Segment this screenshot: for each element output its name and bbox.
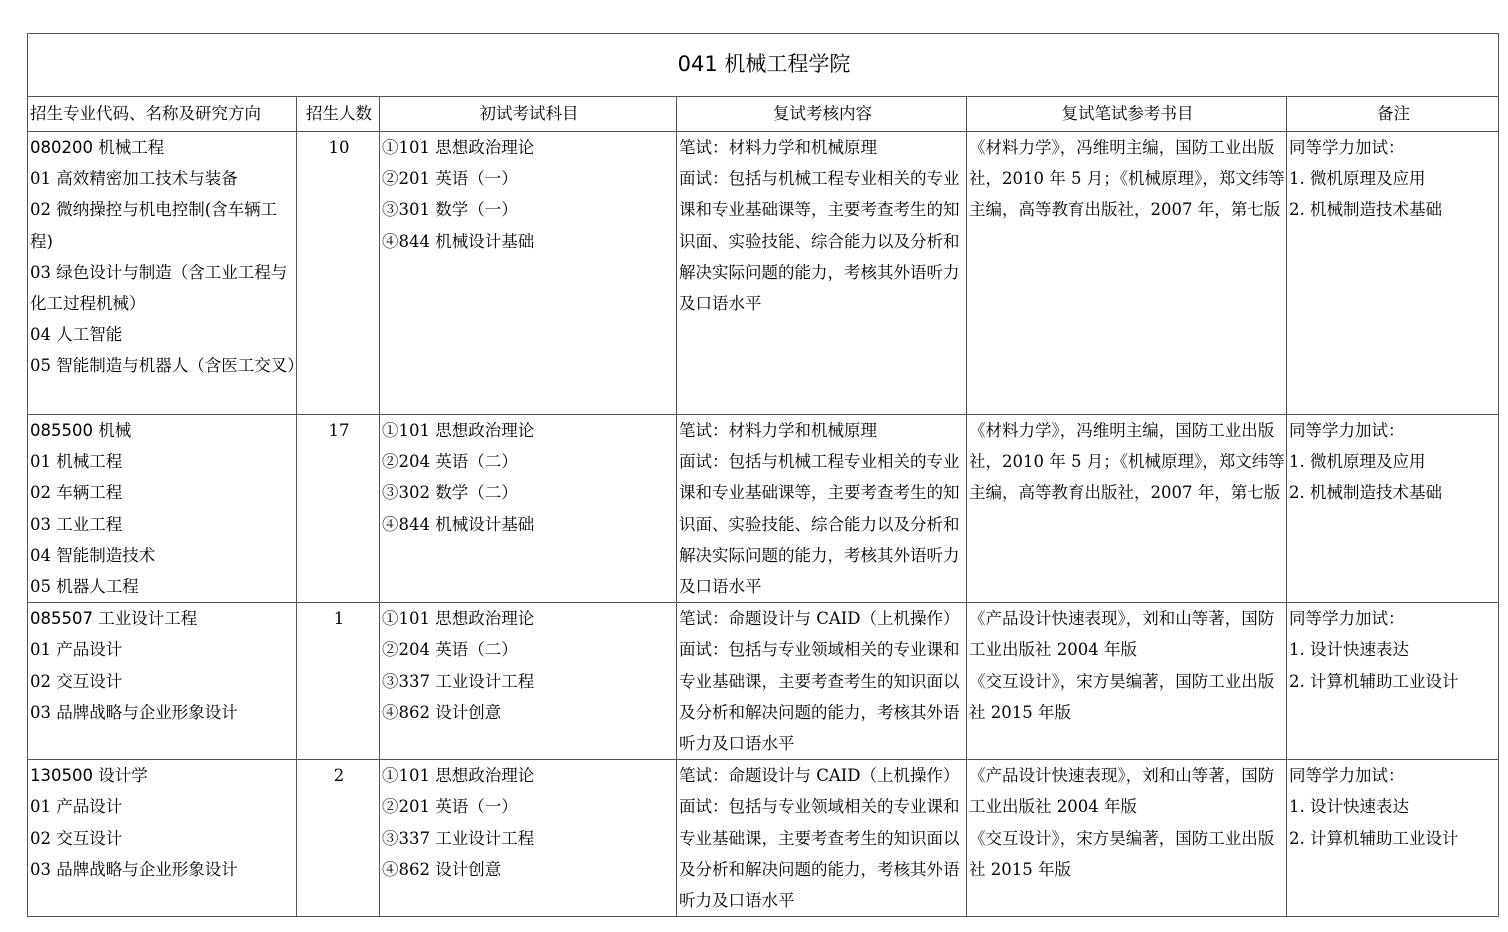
- major-name: 080200 机械工程: [30, 132, 296, 163]
- books-cell: 《材料力学》，冯维明主编，国防工业出版社，2010 年 5 月；《机械原理》，郑…: [967, 415, 1287, 603]
- note-line: 2. 计算机辅助工业设计: [1289, 823, 1498, 854]
- note-line: 同等学力加试：: [1289, 132, 1498, 163]
- direction: 01 产品设计: [30, 634, 296, 665]
- note-line: 2. 机械制造技术基础: [1289, 477, 1498, 508]
- major-cell: 080200 机械工程 01 高效精密加工技术与装备 02 微纳操控与机电控制(…: [28, 132, 297, 415]
- notes-cell: 同等学力加试： 1. 设计快速表达 2. 计算机辅助工业设计: [1287, 603, 1499, 760]
- exam-subject: ④862 设计创意: [382, 854, 676, 885]
- direction: 03 品牌战略与企业形象设计: [30, 697, 296, 728]
- exam-subject: ④844 机械设计基础: [382, 226, 676, 257]
- title-row: 041 机械工程学院: [28, 34, 1499, 97]
- reference-books: 《材料力学》，冯维明主编，国防工业出版社，2010 年 5 月；《机械原理》，郑…: [969, 132, 1286, 226]
- direction: 03 品牌战略与企业形象设计: [30, 854, 296, 885]
- retest-cell: 笔试：命题设计与 CAID（上机操作） 面试：包括与专业领域相关的专业课和专业基…: [677, 760, 967, 917]
- header-major: 招生专业代码、名称及研究方向: [28, 97, 297, 132]
- count-cell: 10: [297, 132, 380, 415]
- retest-written: 笔试：命题设计与 CAID（上机操作）: [679, 603, 966, 634]
- direction: 02 交互设计: [30, 666, 296, 697]
- direction: 01 产品设计: [30, 791, 296, 822]
- direction: 03 工业工程: [30, 509, 296, 540]
- exam-subject: ③301 数学（一）: [382, 194, 676, 225]
- header-row: 招生专业代码、名称及研究方向 招生人数 初试考试科目 复试考核内容 复试笔试参考…: [28, 97, 1499, 132]
- direction: 01 机械工程: [30, 446, 296, 477]
- major-cell: 130500 设计学 01 产品设计 02 交互设计 03 品牌战略与企业形象设…: [28, 760, 297, 917]
- direction: 05 机器人工程: [30, 571, 296, 602]
- note-line: 同等学力加试：: [1289, 760, 1498, 791]
- count-cell: 1: [297, 603, 380, 760]
- exam-subject: ①101 思想政治理论: [382, 760, 676, 791]
- page-title: 041 机械工程学院: [28, 34, 1499, 97]
- count-cell: 17: [297, 415, 380, 603]
- header-books: 复试笔试参考书目: [967, 97, 1287, 132]
- direction: 02 微纳操控与机电控制(含车辆工程): [30, 194, 296, 256]
- retest-interview: 面试：包括与机械工程专业相关的专业课和专业基础课等，主要考查考生的知识面、实验技…: [679, 446, 966, 602]
- retest-written: 笔试：材料力学和机械原理: [679, 132, 966, 163]
- exam-subject: ④844 机械设计基础: [382, 509, 676, 540]
- header-exams: 初试考试科目: [380, 97, 677, 132]
- retest-cell: 笔试：命题设计与 CAID（上机操作） 面试：包括与专业领域相关的专业课和专业基…: [677, 603, 967, 760]
- exam-subject: ③337 工业设计工程: [382, 666, 676, 697]
- table-row: 085500 机械 01 机械工程 02 车辆工程 03 工业工程 04 智能制…: [28, 415, 1499, 603]
- direction: 04 人工智能: [30, 319, 296, 350]
- table-row: 130500 设计学 01 产品设计 02 交互设计 03 品牌战略与企业形象设…: [28, 760, 1499, 917]
- exam-subject: ②201 英语（一）: [382, 163, 676, 194]
- major-cell: 085500 机械 01 机械工程 02 车辆工程 03 工业工程 04 智能制…: [28, 415, 297, 603]
- books-cell: 《材料力学》，冯维明主编，国防工业出版社，2010 年 5 月；《机械原理》，郑…: [967, 132, 1287, 415]
- table-row: 080200 机械工程 01 高效精密加工技术与装备 02 微纳操控与机电控制(…: [28, 132, 1499, 415]
- table-row: 085507 工业设计工程 01 产品设计 02 交互设计 03 品牌战略与企业…: [28, 603, 1499, 760]
- reference-book: 《产品设计快速表现》，刘和山等著，国防工业出版社 2004 年版: [969, 603, 1286, 665]
- retest-interview: 面试：包括与机械工程专业相关的专业课和专业基础课等，主要考查考生的知识面、实验技…: [679, 163, 966, 319]
- major-name: 085500 机械: [30, 415, 296, 446]
- note-line: 1. 设计快速表达: [1289, 791, 1498, 822]
- exams-cell: ①101 思想政治理论 ②204 英语（二） ③302 数学（二） ④844 机…: [380, 415, 677, 603]
- books-cell: 《产品设计快速表现》，刘和山等著，国防工业出版社 2004 年版 《交互设计》，…: [967, 603, 1287, 760]
- note-line: 1. 微机原理及应用: [1289, 163, 1498, 194]
- direction: 03 绿色设计与制造（含工业工程与化工过程机械）: [30, 257, 296, 319]
- retest-written: 笔试：命题设计与 CAID（上机操作）: [679, 760, 966, 791]
- count-cell: 2: [297, 760, 380, 917]
- direction: 02 车辆工程: [30, 477, 296, 508]
- notes-cell: 同等学力加试： 1. 微机原理及应用 2. 机械制造技术基础: [1287, 132, 1499, 415]
- header-notes: 备注: [1287, 97, 1499, 132]
- retest-cell: 笔试：材料力学和机械原理 面试：包括与机械工程专业相关的专业课和专业基础课等，主…: [677, 415, 967, 603]
- note-line: 2. 机械制造技术基础: [1289, 194, 1498, 225]
- header-count: 招生人数: [297, 97, 380, 132]
- exam-subject: ③337 工业设计工程: [382, 823, 676, 854]
- exam-subject: ②204 英语（二）: [382, 446, 676, 477]
- major-cell: 085507 工业设计工程 01 产品设计 02 交互设计 03 品牌战略与企业…: [28, 603, 297, 760]
- retest-interview: 面试：包括与专业领域相关的专业课和专业基础课，主要考查考生的知识面以及分析和解决…: [679, 634, 966, 759]
- retest-written: 笔试：材料力学和机械原理: [679, 415, 966, 446]
- exam-subject: ①101 思想政治理论: [382, 415, 676, 446]
- notes-cell: 同等学力加试： 1. 微机原理及应用 2. 机械制造技术基础: [1287, 415, 1499, 603]
- header-retest: 复试考核内容: [677, 97, 967, 132]
- reference-books: 《材料力学》，冯维明主编，国防工业出版社，2010 年 5 月；《机械原理》，郑…: [969, 415, 1286, 509]
- reference-book: 《产品设计快速表现》，刘和山等著，国防工业出版社 2004 年版: [969, 760, 1286, 822]
- note-line: 同等学力加试：: [1289, 603, 1498, 634]
- exam-subject: ②201 英语（一）: [382, 791, 676, 822]
- retest-interview: 面试：包括与专业领域相关的专业课和专业基础课，主要考查考生的知识面以及分析和解决…: [679, 791, 966, 916]
- direction: 02 交互设计: [30, 823, 296, 854]
- retest-cell: 笔试：材料力学和机械原理 面试：包括与机械工程专业相关的专业课和专业基础课等，主…: [677, 132, 967, 415]
- exam-subject: ③302 数学（二）: [382, 477, 676, 508]
- direction: 05 智能制造与机器人（含医工交叉）: [30, 350, 296, 381]
- exams-cell: ①101 思想政治理论 ②201 英语（一） ③301 数学（一） ④844 机…: [380, 132, 677, 415]
- exams-cell: ①101 思想政治理论 ②201 英语（一） ③337 工业设计工程 ④862 …: [380, 760, 677, 917]
- note-line: 1. 微机原理及应用: [1289, 446, 1498, 477]
- note-line: 1. 设计快速表达: [1289, 634, 1498, 665]
- exam-subject: ①101 思想政治理论: [382, 132, 676, 163]
- admissions-table: 041 机械工程学院 招生专业代码、名称及研究方向 招生人数 初试考试科目 复试…: [27, 33, 1499, 917]
- reference-book: 《交互设计》，宋方昊编著，国防工业出版社 2015 年版: [969, 823, 1286, 885]
- direction: 04 智能制造技术: [30, 540, 296, 571]
- direction: 01 高效精密加工技术与装备: [30, 163, 296, 194]
- major-name: 130500 设计学: [30, 760, 296, 791]
- exams-cell: ①101 思想政治理论 ②204 英语（二） ③337 工业设计工程 ④862 …: [380, 603, 677, 760]
- note-line: 同等学力加试：: [1289, 415, 1498, 446]
- note-line: 2. 计算机辅助工业设计: [1289, 666, 1498, 697]
- major-name: 085507 工业设计工程: [30, 603, 296, 634]
- exam-subject: ④862 设计创意: [382, 697, 676, 728]
- notes-cell: 同等学力加试： 1. 设计快速表达 2. 计算机辅助工业设计: [1287, 760, 1499, 917]
- books-cell: 《产品设计快速表现》，刘和山等著，国防工业出版社 2004 年版 《交互设计》，…: [967, 760, 1287, 917]
- exam-subject: ①101 思想政治理论: [382, 603, 676, 634]
- exam-subject: ②204 英语（二）: [382, 634, 676, 665]
- reference-book: 《交互设计》，宋方昊编著，国防工业出版社 2015 年版: [969, 666, 1286, 728]
